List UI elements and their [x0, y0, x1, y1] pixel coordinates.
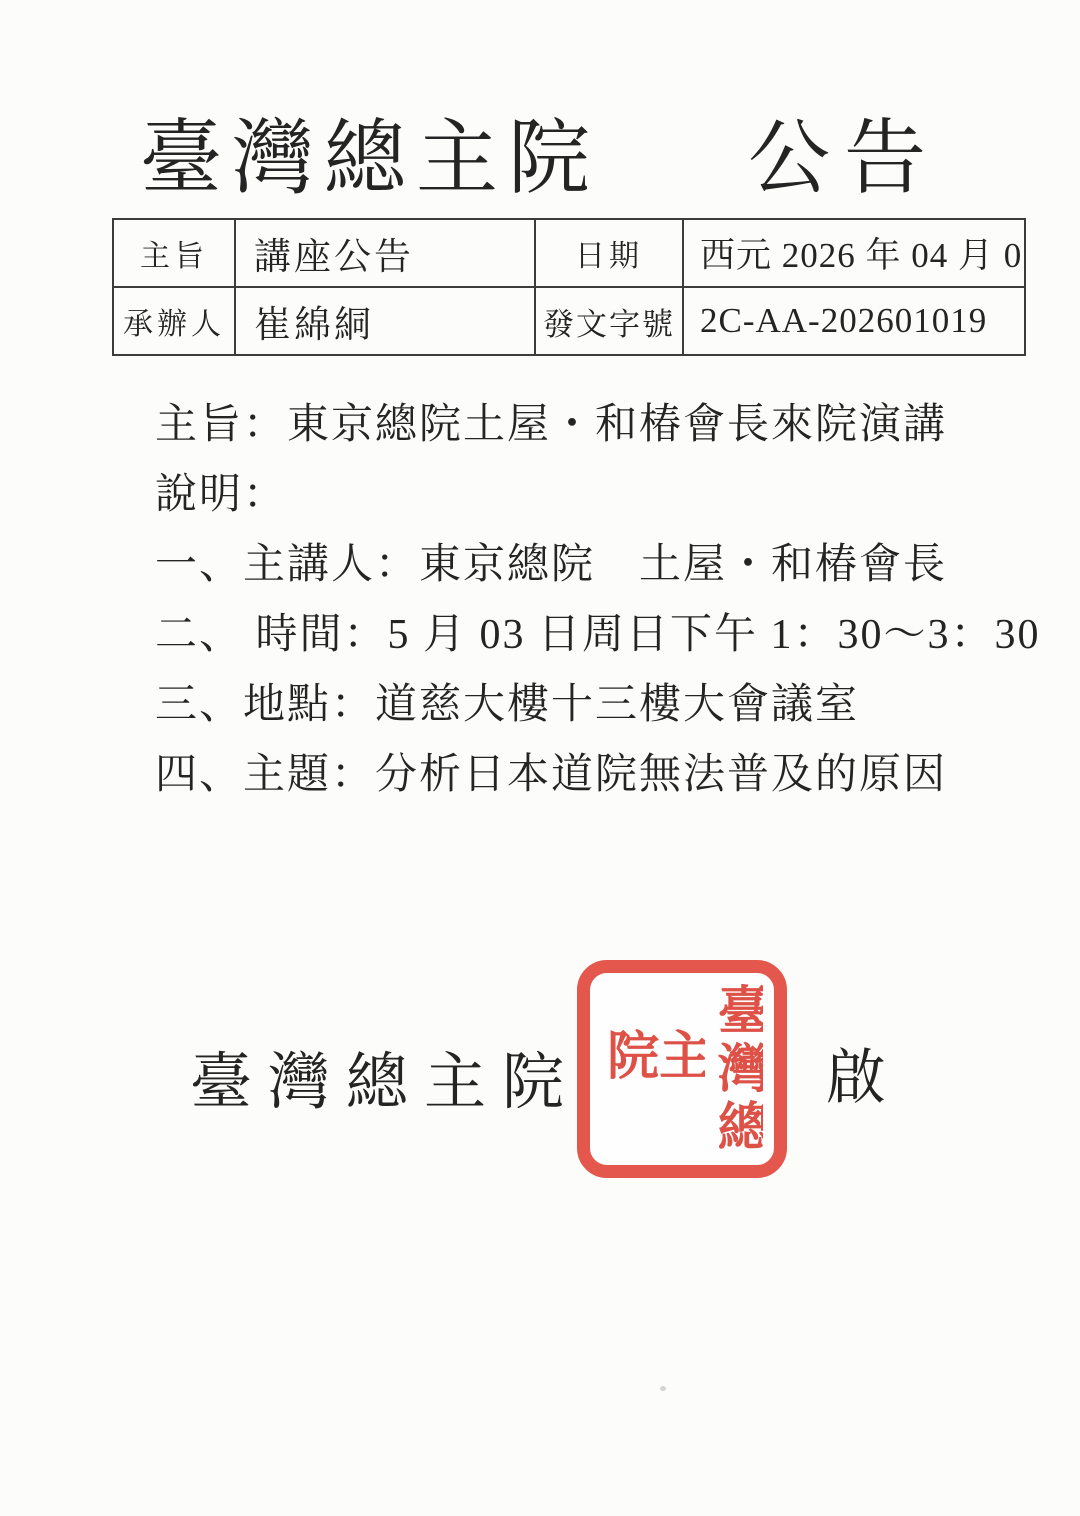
document-info-table: 主旨 講座公告 日期 西元 2026 年 04 月 05 日 承辦人 崔綿絧 發… — [112, 218, 1026, 356]
scan-speck — [660, 1386, 666, 1391]
body-line-topic: 四、主題：分析日本道院無法普及的原因 — [155, 740, 985, 810]
seal-text-right-column: 臺灣總 — [711, 981, 763, 1159]
table-row-subject-date: 主旨 講座公告 日期 西元 2026 年 04 月 05 日 — [113, 219, 1025, 287]
doc-number-value: 2C-AA-202601019 — [683, 287, 1025, 355]
handler-value: 崔綿絧 — [235, 287, 535, 355]
body-line-speaker: 一、主講人：東京總院 土屋・和椿會長 — [155, 530, 985, 600]
title-organization: 臺灣總主院 — [140, 93, 600, 210]
body-line-subject: 主旨：東京總院土屋・和椿會長來院演講 — [155, 390, 985, 460]
official-seal: 臺灣總 主院 — [577, 960, 787, 1178]
announcement-body: 主旨：東京總院土屋・和椿會長來院演講 說明： 一、主講人：東京總院 土屋・和椿會… — [155, 390, 985, 810]
body-line-time: 二、 時間：5 月 03 日周日下午 1：30～3：30 — [155, 600, 985, 670]
subject-value: 講座公告 — [235, 219, 535, 287]
date-label: 日期 — [535, 219, 683, 287]
title-doc-type: 公告 — [748, 93, 940, 210]
footer-issuer: 臺灣總主院 — [190, 1032, 580, 1121]
footer-closing-character: 啟 — [826, 1030, 886, 1116]
document-title: 臺灣總主院 公告 — [0, 96, 1080, 206]
doc-number-label: 發文字號 — [535, 287, 683, 355]
subject-label: 主旨 — [113, 219, 235, 287]
handler-label: 承辦人 — [113, 287, 235, 355]
table-row-handler-number: 承辦人 崔綿絧 發文字號 2C-AA-202601019 — [113, 287, 1025, 355]
seal-text-left-column: 主院 — [601, 985, 705, 1159]
date-value: 西元 2026 年 04 月 05 日 — [683, 219, 1025, 287]
scanned-announcement-page: { "title": { "org": "臺灣總主院", "doc_type":… — [0, 0, 1080, 1516]
body-line-location: 三、地點：道慈大樓十三樓大會議室 — [155, 670, 985, 740]
body-line-heading: 說明： — [155, 460, 985, 530]
